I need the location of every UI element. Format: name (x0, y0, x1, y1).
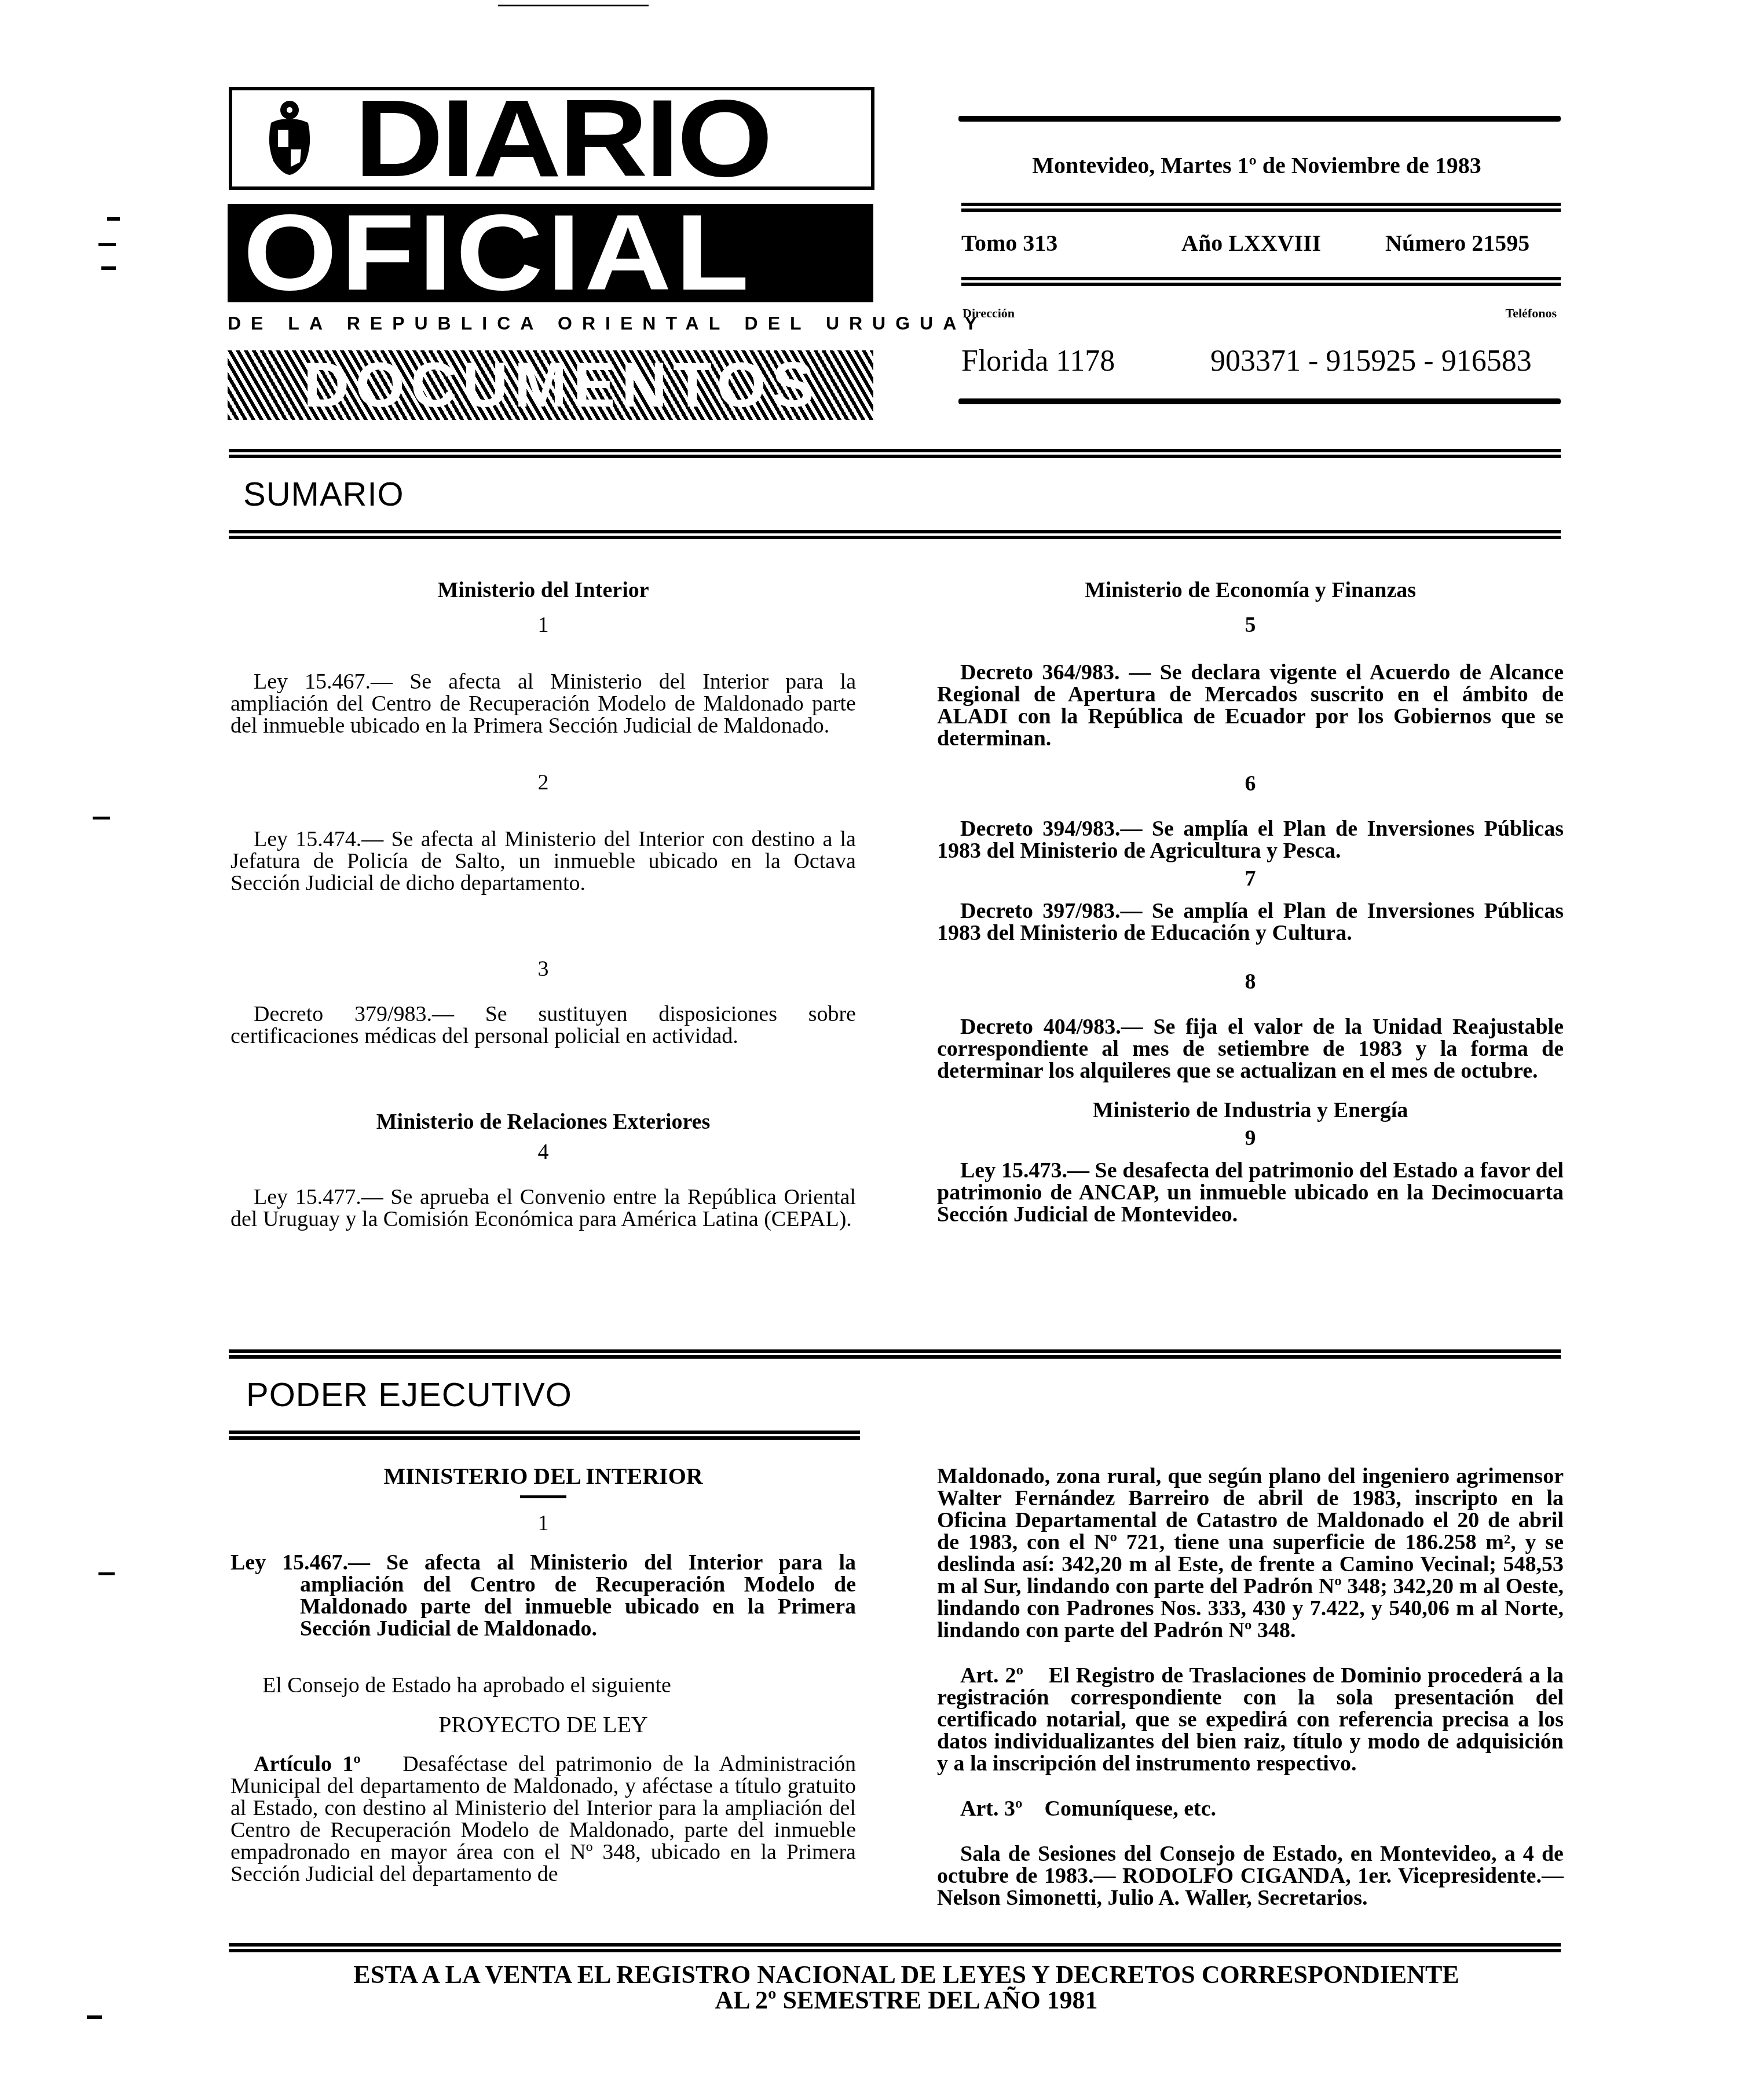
footer-notice: ESTA A LA VENTA EL REGISTRO NACIONAL DE … (232, 1962, 1581, 2013)
header-top-rule (958, 116, 1561, 122)
sumario-item: Decreto 364/983. — Se declara vigente el… (937, 661, 1564, 749)
footer-rule (229, 1943, 1561, 1952)
direccion-value: Florida 1178 (961, 344, 1115, 378)
scan-artifact (98, 243, 116, 246)
issue-tomo: Tomo 313 (961, 229, 1057, 257)
masthead-title-diario: DIARIO (354, 90, 912, 186)
sumario-item: Decreto 379/983.— Se sustituyen disposic… (230, 1003, 856, 1047)
header-bottom-rule (958, 398, 1561, 404)
header-rule (961, 203, 1561, 212)
articulo-3: Art. 3º Comuníquese, etc. (937, 1798, 1564, 1820)
poder-ejecutivo-left-column: MINISTERIO DEL INTERIOR 1 Ley 15.467.— S… (230, 1465, 856, 1885)
scan-artifact (107, 217, 120, 221)
issue-anio: Año LXXVIII (1181, 229, 1321, 257)
ministry-heading: Ministerio de Industria y Energía (937, 1099, 1564, 1121)
item-number: 1 (230, 1512, 856, 1534)
articulo-2-text: El Registro de Traslaciones de Dominio p… (937, 1663, 1564, 1776)
scan-artifact (87, 2015, 102, 2019)
consejo-intro: El Consejo de Estado ha aprobado el sigu… (230, 1674, 856, 1696)
item-number: 8 (937, 971, 1564, 993)
sumario-item: Ley 15.473.— Se desafecta del patrimonio… (937, 1159, 1564, 1225)
direccion-label: Dirección (963, 306, 1015, 321)
masthead-title-oficial: OFICIAL (243, 204, 944, 302)
item-number: 2 (230, 771, 856, 793)
ministry-heading: Ministerio del Interior (230, 579, 856, 601)
poder-ejecutivo-top-rule (229, 1349, 1561, 1359)
scan-artifact (93, 817, 110, 819)
scan-artifact (98, 1572, 115, 1575)
articulo-1-continuation: Maldonado, zona rural, que según plano d… (937, 1465, 1564, 1641)
scan-artifact (498, 5, 649, 6)
sumario-left-column: Ministerio del Interior 1 Ley 15.467.— S… (230, 579, 856, 1230)
telefonos-label: Teléfonos (1506, 306, 1557, 321)
proyecto-heading: PROYECTO DE LEY (230, 1714, 856, 1736)
issue-numero: Número 21595 (1385, 229, 1529, 257)
issue-date: Montevideo, Martes 1º de Noviembre de 19… (956, 152, 1558, 179)
item-number: 4 (230, 1141, 856, 1163)
sumario-right-column: Ministerio de Economía y Finanzas 5 Decr… (937, 579, 1564, 1225)
sumario-item: Decreto 394/983.— Se amplía el Plan de I… (937, 818, 1564, 862)
header-rule (961, 277, 1561, 286)
poder-ejecutivo-title: PODER EJECUTIVO (246, 1375, 572, 1414)
sumario-top-rule (229, 449, 1561, 458)
articulo-2-label: Art. 2º (960, 1663, 1023, 1688)
articulo-3-text: Comuníquese, etc. (1045, 1797, 1217, 1821)
sumario-item: Ley 15.477.— Se aprueba el Convenio entr… (230, 1186, 856, 1230)
coat-of-arms-icon (255, 97, 324, 178)
masthead-subtitle: DE LA REPUBLICA ORIENTAL DEL URUGUAY (228, 313, 876, 334)
ministry-heading: MINISTERIO DEL INTERIOR (230, 1465, 856, 1487)
footer-line-2: AL 2º SEMESTRE DEL AÑO 1981 (232, 1988, 1581, 2013)
item-number: 9 (937, 1127, 1564, 1149)
sumario-title: SUMARIO (243, 475, 404, 514)
articulo-1-label: Artículo 1º (254, 1752, 361, 1776)
ministry-underline (520, 1495, 566, 1498)
footer-line-1: ESTA A LA VENTA EL REGISTRO NACIONAL DE … (232, 1962, 1581, 1988)
item-number: 3 (230, 958, 856, 980)
ministry-heading: Ministerio de Relaciones Exteriores (230, 1111, 856, 1133)
sumario-item: Ley 15.467.— Se afecta al Ministerio del… (230, 671, 856, 737)
articulo-3-label: Art. 3º (960, 1797, 1023, 1821)
scan-artifact (101, 266, 116, 270)
sumario-item: Ley 15.474.— Se afecta al Ministerio del… (230, 828, 856, 894)
closing-signatures: Sala de Sesiones del Consejo de Estado, … (937, 1843, 1564, 1909)
ley-heading: Ley 15.467.— Se afecta al Ministerio del… (230, 1552, 856, 1640)
articulo-2: Art. 2º El Registro de Traslaciones de D… (937, 1664, 1564, 1775)
poder-ejecutivo-right-column: Maldonado, zona rural, que según plano d… (937, 1465, 1564, 1909)
sumario-bottom-rule (229, 530, 1561, 539)
sumario-item: Decreto 397/983.— Se amplía el Plan de I… (937, 900, 1564, 944)
poder-ejecutivo-bottom-rule (229, 1431, 860, 1440)
articulo-1: Artículo 1º Desaféctase del patrimonio d… (230, 1753, 856, 1885)
telefonos-value: 903371 - 915925 - 916583 (1210, 344, 1532, 378)
item-number: 7 (937, 868, 1564, 890)
sumario-item: Decreto 404/983.— Se fija el valor de la… (937, 1016, 1564, 1082)
ministry-heading: Ministerio de Economía y Finanzas (937, 579, 1564, 601)
item-number: 1 (230, 614, 856, 636)
item-number: 6 (937, 773, 1564, 795)
item-number: 5 (937, 614, 1564, 636)
documentos-banner-text: DOCUMENTOS (272, 354, 851, 416)
